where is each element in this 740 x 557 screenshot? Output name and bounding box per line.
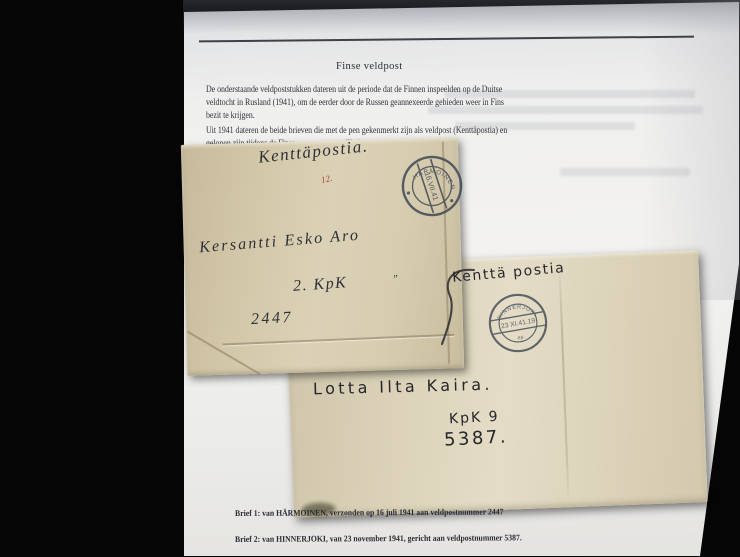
postmark1-rim-star bbox=[450, 199, 454, 203]
envelope1-corner-fold bbox=[187, 331, 260, 375]
postmark1-rim-star bbox=[407, 191, 411, 195]
paragraph-line: bezit te krijgen. bbox=[206, 109, 504, 122]
postmark-harmoinen: HARMOINEN 16.VII.41 bbox=[395, 149, 469, 223]
intro-paragraph: De onderstaande veldpoststukken dateren … bbox=[206, 83, 545, 122]
caption-brief-1: Brief 1: van HÄRMOINEN, verzonden op 16 … bbox=[235, 506, 503, 518]
envelope2-fieldpost-number: 5387. bbox=[443, 426, 508, 450]
postmark-hinnerjoki: HINNERJOKI 23 XI.41.19 ·IIII· bbox=[485, 290, 551, 356]
paragraph-line: De onderstaande veldpoststukken dateren … bbox=[206, 83, 504, 96]
caption-brief-2: Brief 2: van HINNERJOKI, van 23 november… bbox=[235, 532, 522, 544]
bleed-through-line bbox=[560, 168, 690, 176]
paragraph-line: Uit 1941 dateren de beide brieven die me… bbox=[206, 124, 507, 137]
envelope1-unit-line: 2. KpK bbox=[292, 274, 347, 296]
photo-of-album-page: { "page": { "title": "Finse veldpost", "… bbox=[0, 0, 740, 557]
paragraph-line: veldtocht in Rusland (1941), om de eerde… bbox=[206, 96, 504, 109]
postmark1-date-band: 16.VII.41 bbox=[417, 159, 446, 213]
envelope2-unit-line: KpK 9 bbox=[449, 409, 500, 428]
envelope2-crease bbox=[558, 263, 569, 501]
postmark2-date-text: 23 XI.41.19 bbox=[501, 317, 537, 330]
envelope1-fieldpost-number: 2447 bbox=[251, 309, 294, 329]
envelope1-flap-seam bbox=[222, 334, 454, 345]
page-title: Finse veldpost bbox=[336, 61, 403, 72]
